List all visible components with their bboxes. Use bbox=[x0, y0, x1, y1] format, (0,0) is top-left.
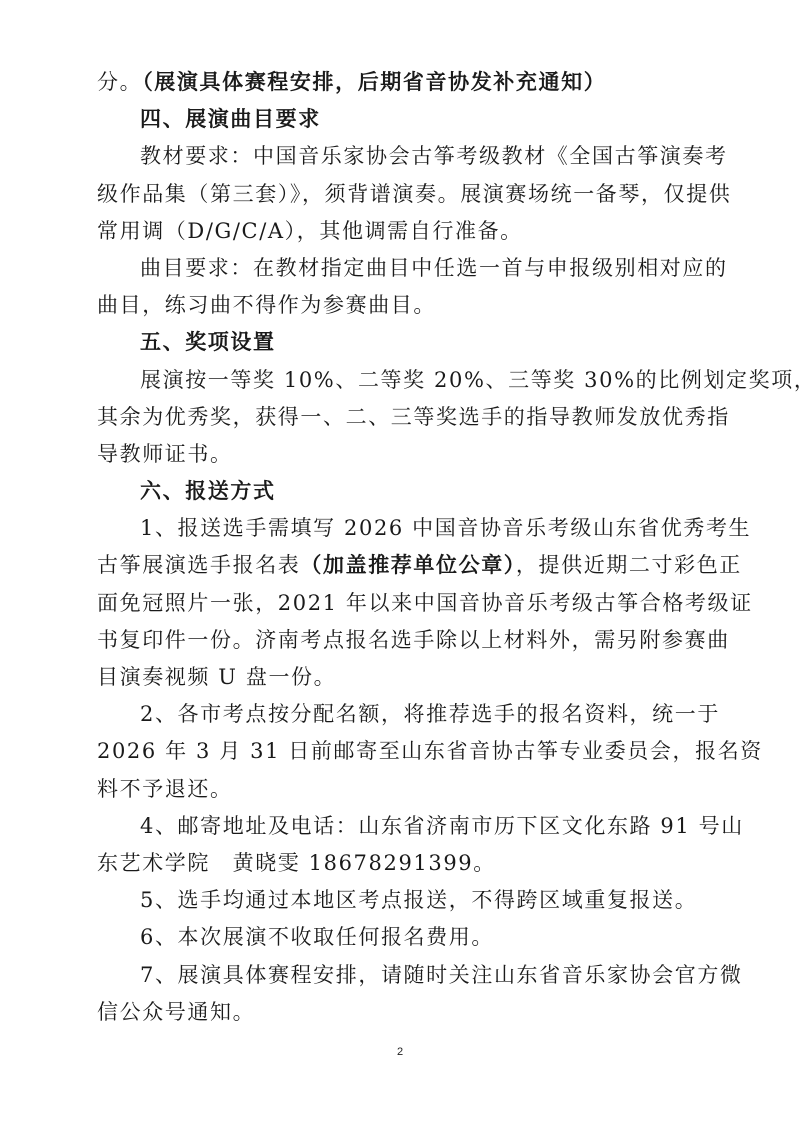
section-5-line: 导教师证书。 bbox=[97, 436, 715, 473]
item-1-line: 书复印件一份。济南考点报名选手除以上材料外，需另附参赛曲 bbox=[97, 622, 715, 659]
item-4-line: 东艺术学院 黄晓雯 18678291399。 bbox=[97, 845, 715, 882]
section-5-heading: 五、奖项设置 bbox=[97, 324, 715, 361]
section-6-heading: 六、报送方式 bbox=[97, 473, 715, 510]
page-number: 2 bbox=[0, 1046, 800, 1058]
item-2-line: 2、各市考点按分配名额，将推荐选手的报名资料，统一于 bbox=[97, 696, 715, 733]
section-4-material-line: 常用调（D/G/C/A），其他调需自行准备。 bbox=[97, 213, 715, 250]
item-4-line: 4、邮寄地址及电话：山东省济南市历下区文化东路 91 号山 bbox=[97, 808, 715, 845]
item-1-line: 面免冠照片一张，2021 年以来中国音协音乐考级古筝合格考级证 bbox=[97, 585, 715, 622]
section-4-material-line: 级作品集（第三套）》，须背谱演奏。展演赛场统一备琴，仅提供 bbox=[97, 176, 715, 213]
official-seal-note: （加盖推荐单位公章） bbox=[300, 553, 516, 577]
document-page: 分。（展演具体赛程安排，后期省音协发补充通知） 四、展演曲目要求 教材要求：中国… bbox=[97, 64, 715, 1031]
item-1-line: 目演奏视频 U 盘一份。 bbox=[97, 659, 715, 696]
section-5-line: 展演按一等奖 10%、二等奖 20%、三等奖 30%的比例划定奖项， bbox=[97, 362, 715, 399]
section-4-repertoire-line: 曲目，练习曲不得作为参赛曲目。 bbox=[97, 287, 715, 324]
section-4-heading: 四、展演曲目要求 bbox=[97, 101, 715, 138]
item-6-line: 6、本次展演不收取任何报名费用。 bbox=[97, 919, 715, 956]
schedule-note: （展演具体赛程安排，后期省音协发补充通知） bbox=[142, 70, 606, 94]
item-7-line: 信公众号通知。 bbox=[97, 994, 715, 1031]
item-1-photo-text: ，提供近期二寸彩色正 bbox=[516, 553, 742, 577]
intro-line: 分。（展演具体赛程安排，后期省音协发补充通知） bbox=[97, 64, 715, 101]
section-5-line: 其余为优秀奖，获得一、二、三等奖选手的指导教师发放优秀指 bbox=[97, 399, 715, 436]
item-5-line: 5、选手均通过本地区考点报送，不得跨区域重复报送。 bbox=[97, 882, 715, 919]
intro-prefix: 分。 bbox=[97, 70, 142, 94]
item-1-line: 古筝展演选手报名表（加盖推荐单位公章），提供近期二寸彩色正 bbox=[97, 547, 715, 584]
item-2-line: 料不予退还。 bbox=[97, 771, 715, 808]
section-4-repertoire-line: 曲目要求：在教材指定曲目中任选一首与申报级别相对应的 bbox=[97, 250, 715, 287]
item-2-line: 2026 年 3 月 31 日前邮寄至山东省音协古筝专业委员会，报名资 bbox=[97, 733, 715, 770]
item-7-line: 7、展演具体赛程安排，请随时关注山东省音乐家协会官方微 bbox=[97, 957, 715, 994]
item-1-form-name: 古筝展演选手报名表 bbox=[97, 553, 300, 577]
section-4-material-line: 教材要求：中国音乐家协会古筝考级教材《全国古筝演奏考 bbox=[97, 138, 715, 175]
item-1-line: 1、报送选手需填写 2026 中国音协音乐考级山东省优秀考生 bbox=[97, 510, 715, 547]
